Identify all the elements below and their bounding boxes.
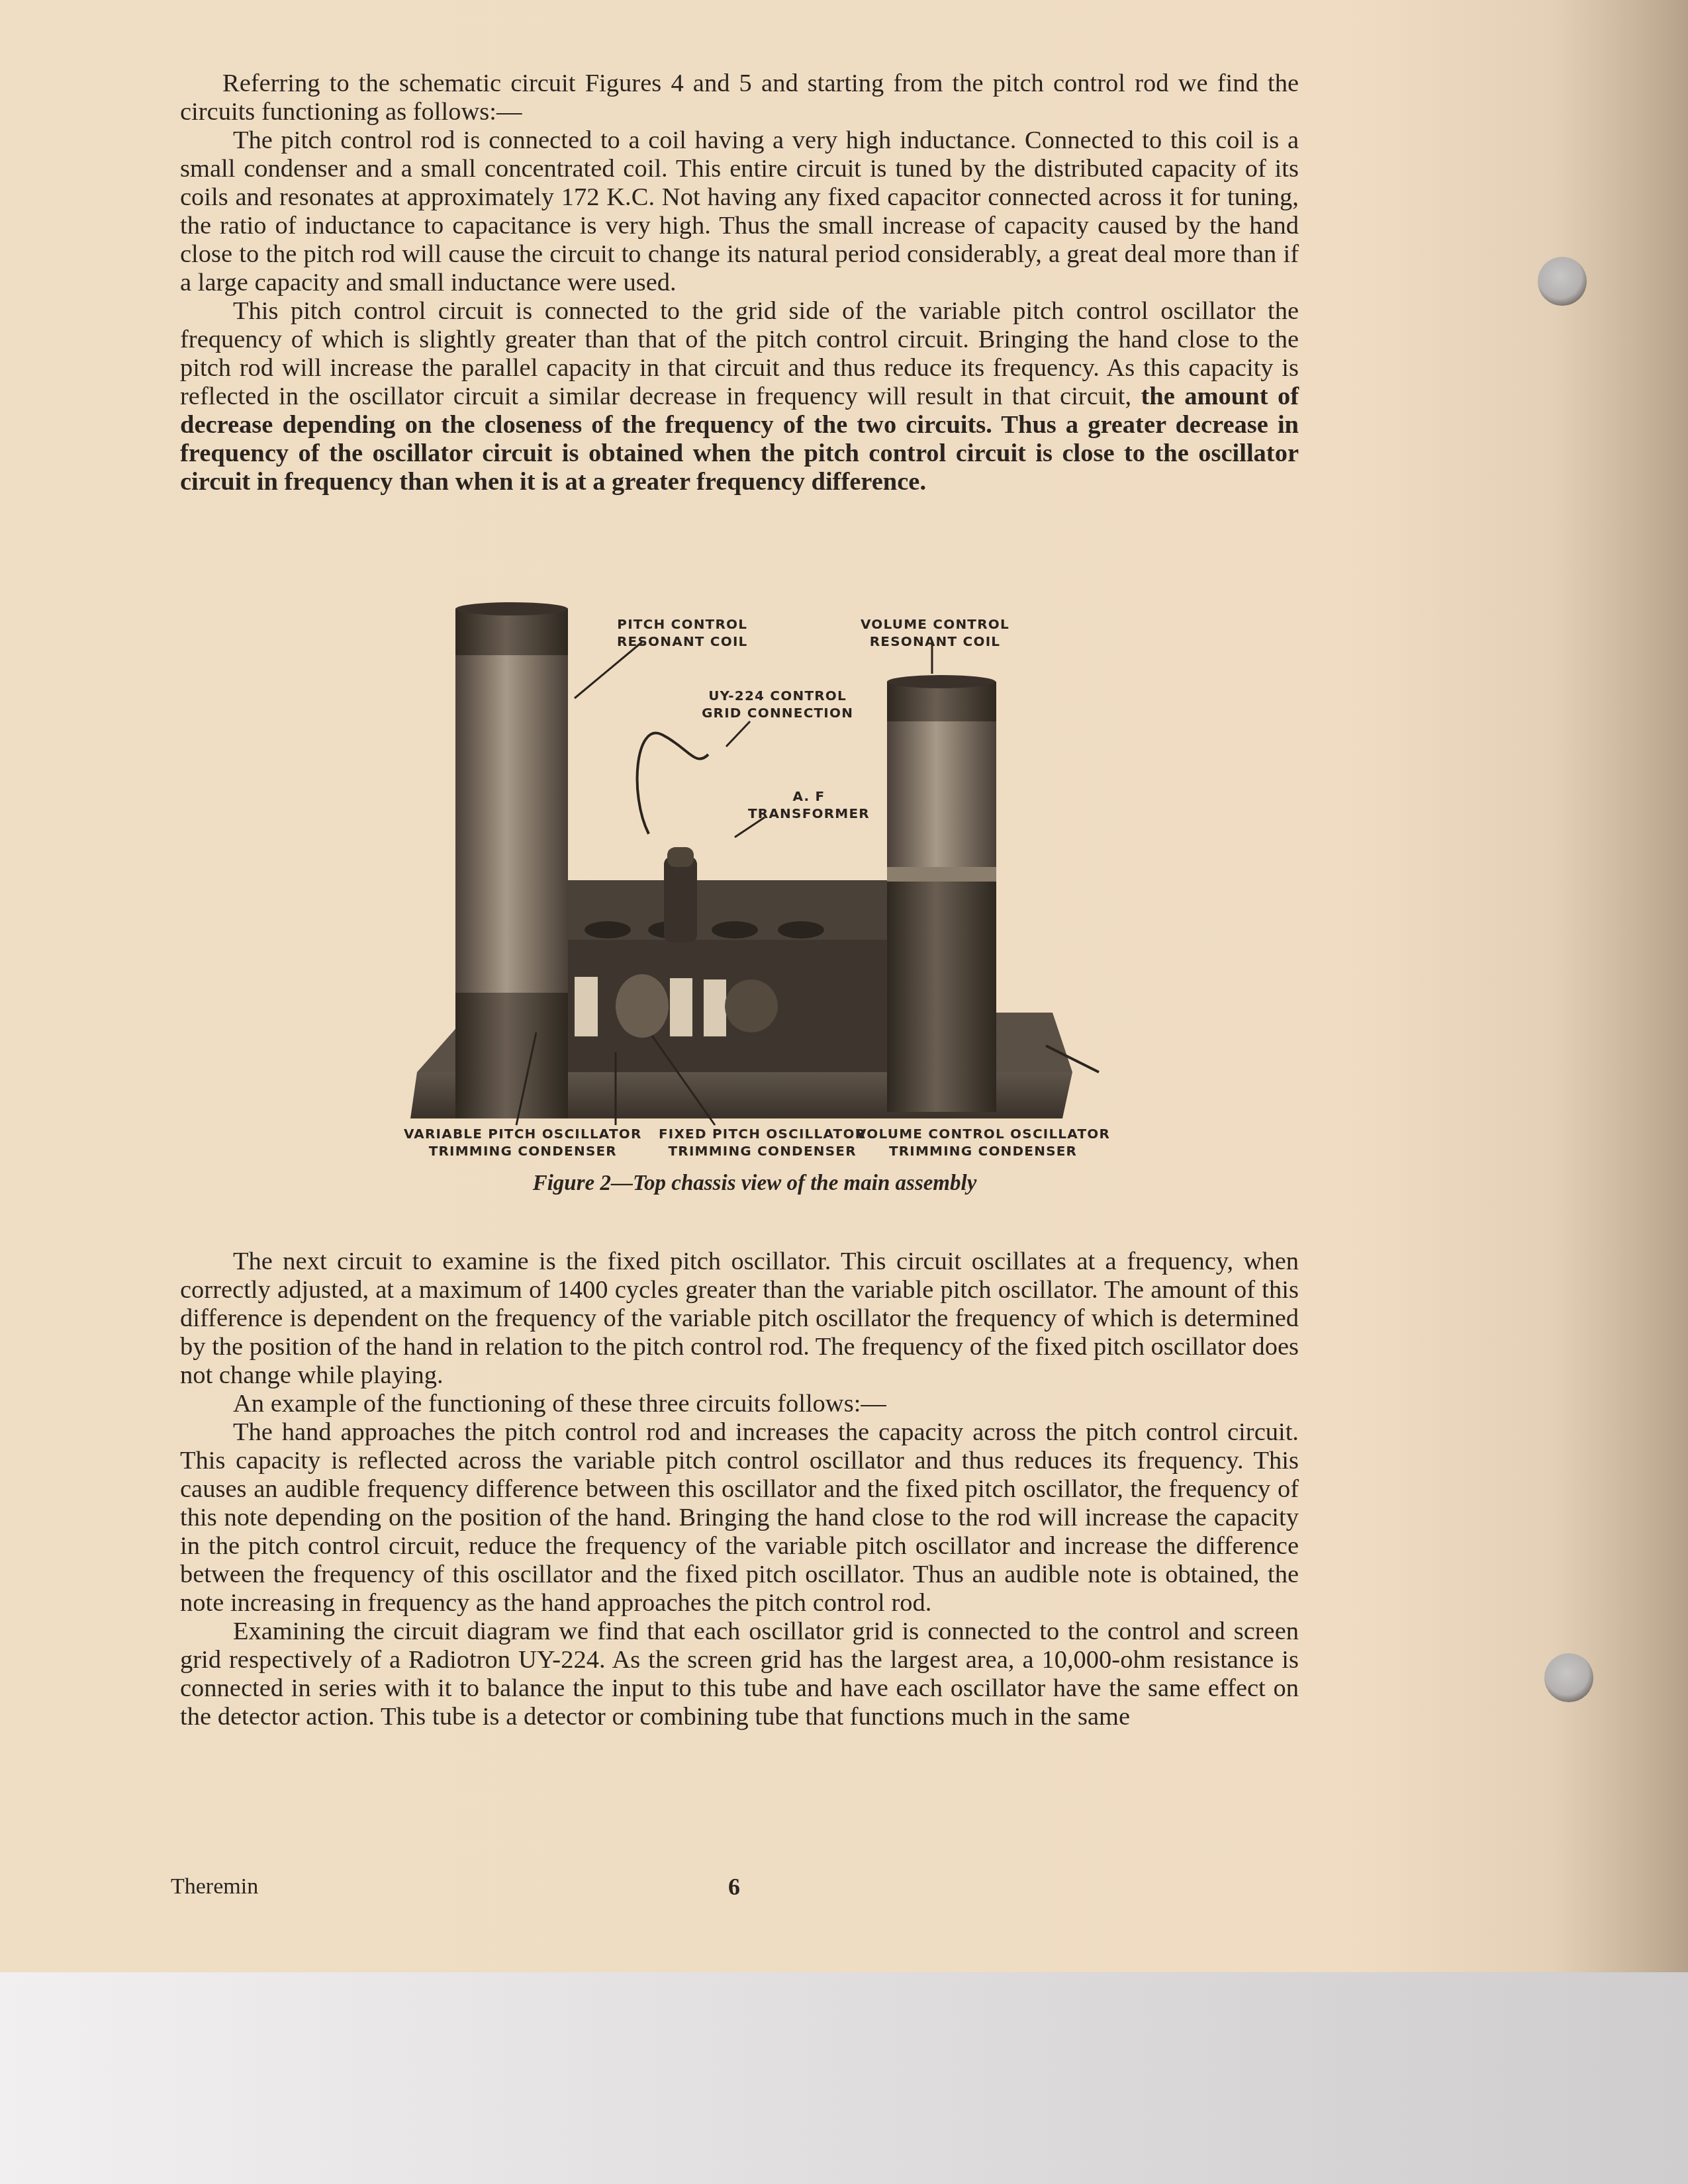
footer-title: Theremin [171, 1874, 258, 1899]
label-variable-pitch-condenser: VARIABLE PITCH OSCILLATOR TRIMMING CONDE… [404, 1125, 642, 1160]
paragraph-example-intro: An example of the functioning of these t… [180, 1390, 1299, 1418]
label-line: VOLUME CONTROL OSCILLATOR [856, 1125, 1110, 1142]
page-number: 6 [728, 1873, 740, 1901]
paragraph-pitch-rod: The pitch control rod is connected to a … [180, 126, 1299, 297]
label-line: RESONANT COIL [617, 633, 748, 650]
label-line: PITCH CONTROL [617, 615, 748, 633]
label-line: UY-224 CONTROL [702, 687, 853, 704]
figure-caption: Figure 2—Top chassis view of the main as… [397, 1171, 1112, 1196]
label-grid-connection: UY-224 CONTROL GRID CONNECTION [702, 687, 853, 721]
label-line: TRANSFORMER [748, 805, 870, 822]
paragraph-fixed-pitch: The next circuit to examine is the fixed… [180, 1248, 1299, 1390]
label-line: RESONANT COIL [861, 633, 1009, 650]
chassis-photo-illustration [397, 596, 1112, 1178]
label-volume-control-condenser: VOLUME CONTROL OSCILLATOR TRIMMING CONDE… [856, 1125, 1110, 1160]
paragraph-intro: Referring to the schematic circuit Figur… [180, 69, 1299, 126]
paragraph-circuit-diagram: Examining the circuit diagram we find th… [180, 1617, 1299, 1731]
label-line: TRIMMING CONDENSER [659, 1142, 866, 1160]
scan-background [0, 1972, 1688, 2184]
label-line: VOLUME CONTROL [861, 615, 1009, 633]
label-line: VARIABLE PITCH OSCILLATOR [404, 1125, 642, 1142]
label-line: TRIMMING CONDENSER [404, 1142, 642, 1160]
label-pitch-control-coil: PITCH CONTROL RESONANT COIL [617, 615, 748, 650]
label-line: A. F [748, 788, 870, 805]
figure-2-chassis-photo: PITCH CONTROL RESONANT COIL VOLUME CONTR… [397, 596, 1112, 1178]
binder-hole-bottom [1544, 1653, 1593, 1702]
paragraph-pitch-circuit-text: This pitch control circuit is connected … [180, 297, 1299, 410]
label-line: FIXED PITCH OSCILLATOR [659, 1125, 866, 1142]
label-volume-control-coil: VOLUME CONTROL RESONANT COIL [861, 615, 1009, 650]
label-fixed-pitch-condenser: FIXED PITCH OSCILLATOR TRIMMING CONDENSE… [659, 1125, 866, 1160]
label-line: GRID CONNECTION [702, 704, 853, 721]
label-line: TRIMMING CONDENSER [856, 1142, 1110, 1160]
paragraph-hand-approach: The hand approaches the pitch control ro… [180, 1418, 1299, 1617]
paragraph-pitch-circuit: This pitch control circuit is connected … [180, 297, 1299, 496]
document-page: Referring to the schematic circuit Figur… [0, 0, 1688, 1972]
label-af-transformer: A. F TRANSFORMER [748, 788, 870, 822]
binder-hole-top [1538, 257, 1587, 306]
body-text-top: Referring to the schematic circuit Figur… [180, 69, 1299, 496]
body-text-bottom: The next circuit to examine is the fixed… [180, 1248, 1299, 1731]
